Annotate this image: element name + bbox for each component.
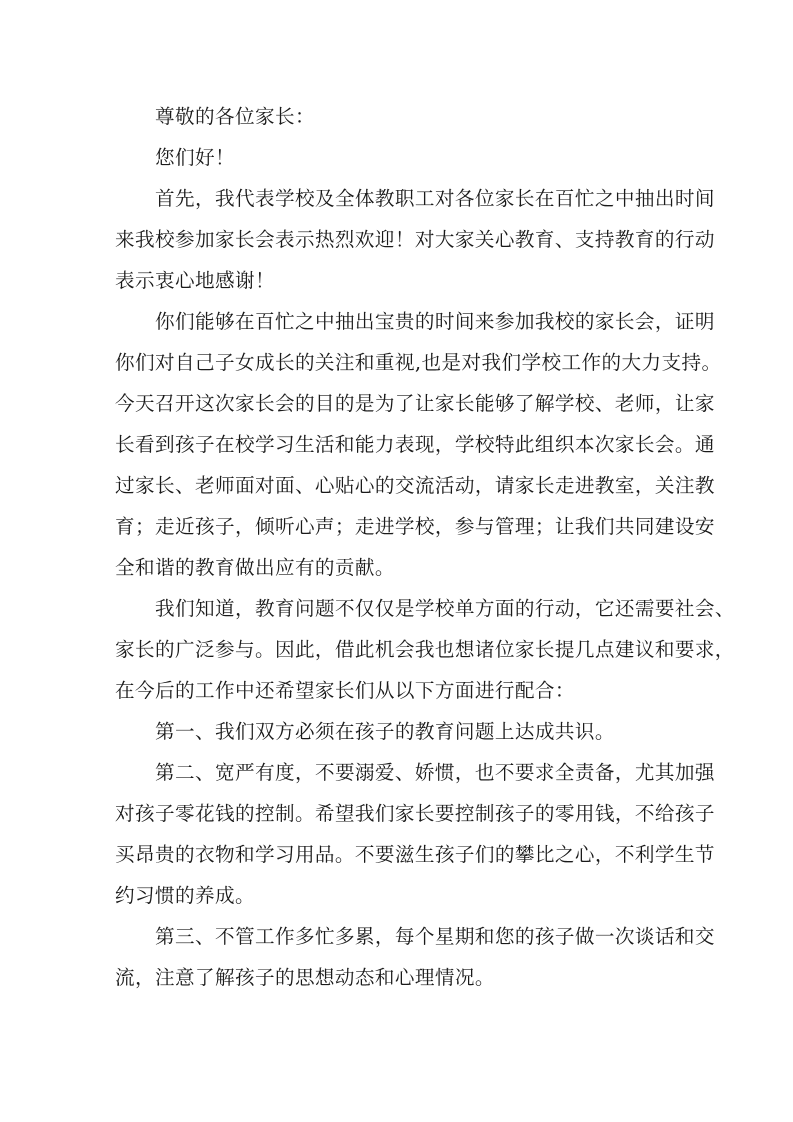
paragraph-purpose: 你们能够在百忙之中抽出宝贵的时间来参加我校的家长会，证明 你们对自己子女成长的关…	[115, 306, 677, 593]
text-line: 过家长、老师面对面、心贴心的交流活动，请家长走进教室，关注教	[115, 470, 677, 511]
text-line: 你们能够在百忙之中抽出宝贵的时间来参加我校的家长会，证明	[115, 306, 677, 347]
text-line: 育；走近孩子，倾听心声；走进学校，参与管理；让我们共同建设安	[115, 511, 677, 552]
text-line: 流，注意了解孩子的思想动态和心理情况。	[115, 962, 677, 1003]
text-line: 买昂贵的衣物和学习用品。不要滋生孩子们的攀比之心，不利学生节	[115, 839, 677, 880]
text-line: 今天召开这次家长会的目的是为了让家长能够了解学校、老师，让家	[115, 388, 677, 429]
text-line: 你们对自己子女成长的关注和重视,也是对我们学校工作的大力支持。	[115, 347, 677, 388]
paragraph-welcome: 首先，我代表学校及全体教职工对各位家长在百忙之中抽出时间 来我校参加家长会表示热…	[115, 183, 677, 306]
text-line: 全和谐的教育做出应有的贡献。	[115, 552, 677, 593]
text-line: 来我校参加家长会表示热烈欢迎！对大家关心教育、支持教育的行动	[115, 224, 677, 265]
text-line: 在今后的工作中还希望家长们从以下方面进行配合：	[115, 675, 677, 716]
text-line: 我们知道，教育问题不仅仅是学校单方面的行动，它还需要社会、	[115, 593, 677, 634]
text-line: 第二、宽严有度，不要溺爱、娇惯，也不要求全责备，尤其加强	[115, 757, 677, 798]
salutation: 尊敬的各位家长：	[115, 101, 677, 142]
document-page: 尊敬的各位家长： 您们好！ 首先，我代表学校及全体教职工对各位家长在百忙之中抽出…	[115, 101, 677, 1003]
text-line: 第三、不管工作多忙多累，每个星期和您的孩子做一次谈话和交	[115, 921, 677, 962]
text-line: 表示衷心地感谢！	[115, 265, 677, 306]
paragraph-point-two: 第二、宽严有度，不要溺爱、娇惯，也不要求全责备，尤其加强 对孩子零花钱的控制。希…	[115, 757, 677, 921]
text-line: 对孩子零花钱的控制。希望我们家长要控制孩子的零用钱，不给孩子	[115, 798, 677, 839]
text-line: 第一、我们双方必须在孩子的教育问题上达成共识。	[115, 716, 677, 757]
text-line: 首先，我代表学校及全体教职工对各位家长在百忙之中抽出时间	[115, 183, 677, 224]
greeting: 您们好！	[115, 142, 677, 183]
paragraph-point-three: 第三、不管工作多忙多累，每个星期和您的孩子做一次谈话和交 流，注意了解孩子的思想…	[115, 921, 677, 1003]
text-line: 长看到孩子在校学习生活和能力表现，学校特此组织本次家长会。通	[115, 429, 677, 470]
text-line: 家长的广泛参与。因此，借此机会我也想诸位家长提几点建议和要求，	[115, 634, 677, 675]
paragraph-requests-intro: 我们知道，教育问题不仅仅是学校单方面的行动，它还需要社会、 家长的广泛参与。因此…	[115, 593, 677, 716]
paragraph-point-one: 第一、我们双方必须在孩子的教育问题上达成共识。	[115, 716, 677, 757]
text-line: 约习惯的养成。	[115, 880, 677, 921]
